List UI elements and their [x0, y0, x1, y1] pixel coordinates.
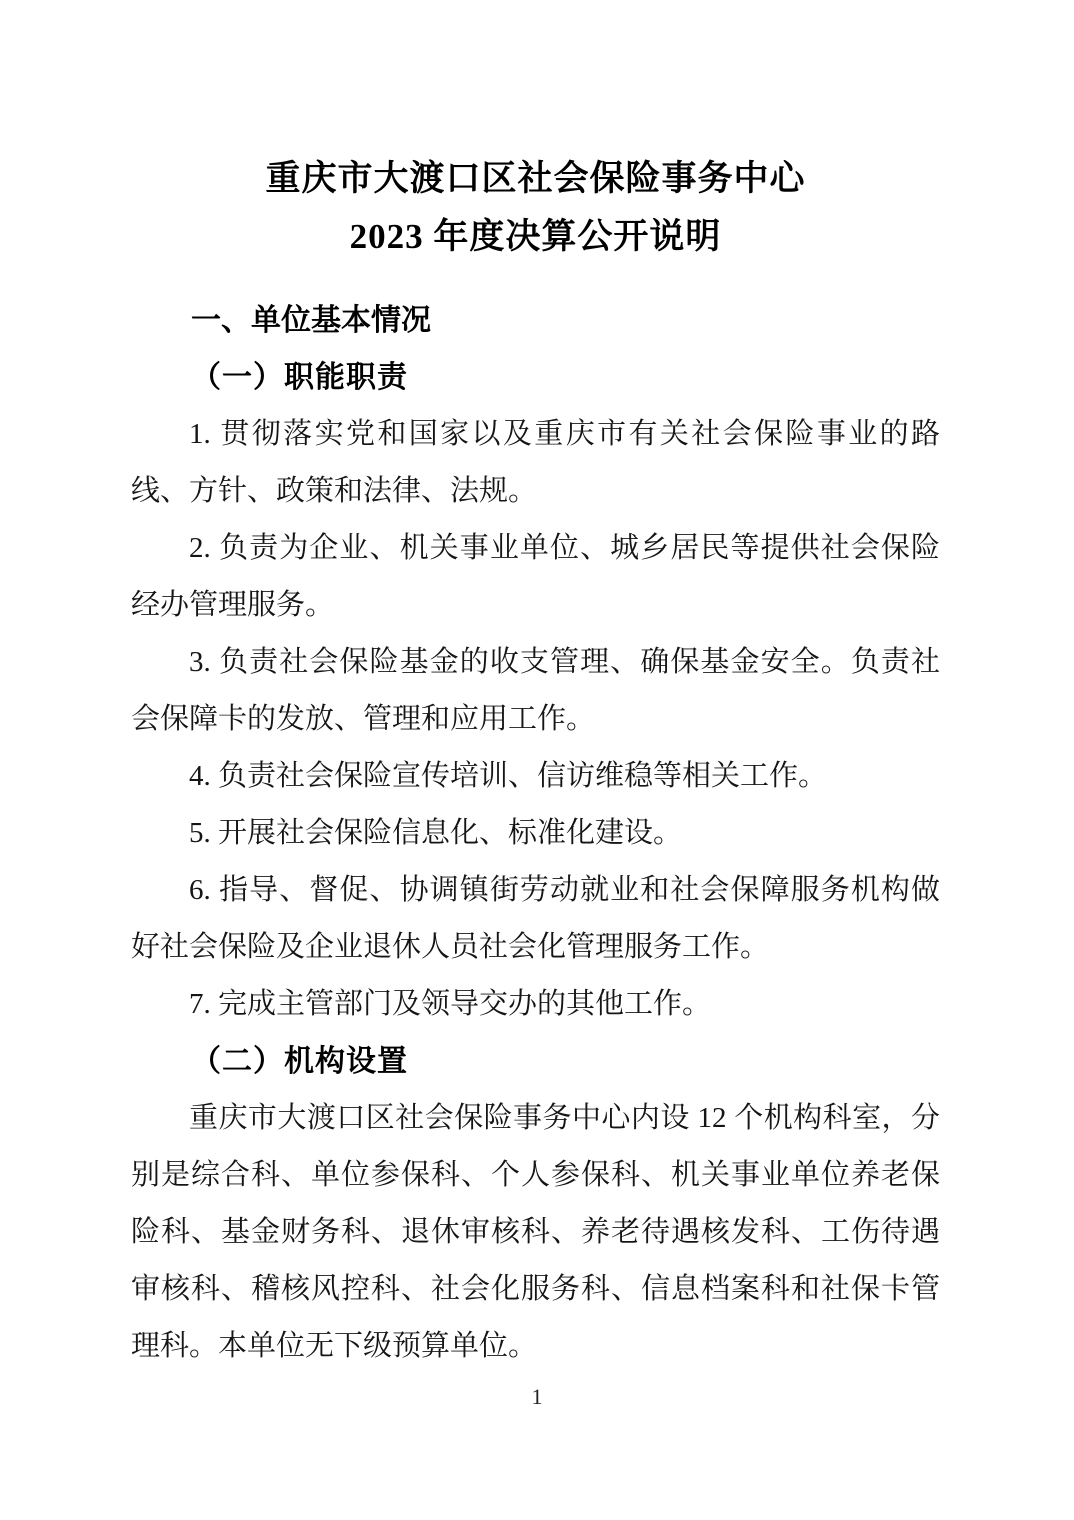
function-item-6: 6. 指导、督促、协调镇街劳动就业和社会保障服务机构做好社会保险及企业退休人员社… — [131, 862, 940, 976]
function-item-3: 3. 负责社会保险基金的收支管理、确保基金安全。负责社会保障卡的发放、管理和应用… — [131, 634, 940, 748]
structure-paragraph: 重庆市大渡口区社会保险事务中心内设 12 个机构科室，分别是综合科、单位参保科、… — [131, 1090, 940, 1375]
page-number: 1 — [0, 1384, 1074, 1410]
document-body: 一、单位基本情况 （一）职能职责 1. 贯彻落实党和国家以及重庆市有关社会保险事… — [131, 292, 940, 1375]
document-title-line1: 重庆市大渡口区社会保险事务中心 — [131, 150, 940, 208]
subsection-heading-functions: （一）职能职责 — [131, 349, 940, 406]
function-item-2: 2. 负责为企业、机关事业单位、城乡居民等提供社会保险经办管理服务。 — [131, 520, 940, 634]
function-item-1: 1. 贯彻落实党和国家以及重庆市有关社会保险事业的路线、方针、政策和法律、法规。 — [131, 406, 940, 520]
function-item-4: 4. 负责社会保险宣传培训、信访维稳等相关工作。 — [131, 748, 940, 805]
function-item-5: 5. 开展社会保险信息化、标准化建设。 — [131, 805, 940, 862]
subsection-heading-structure: （二）机构设置 — [131, 1033, 940, 1090]
section-heading-basic-info: 一、单位基本情况 — [131, 292, 940, 349]
document-title-line2: 2023 年度决算公开说明 — [131, 208, 940, 266]
function-item-7: 7. 完成主管部门及领导交办的其他工作。 — [131, 976, 940, 1033]
document-page: 重庆市大渡口区社会保险事务中心 2023 年度决算公开说明 一、单位基本情况 （… — [0, 0, 1074, 1520]
